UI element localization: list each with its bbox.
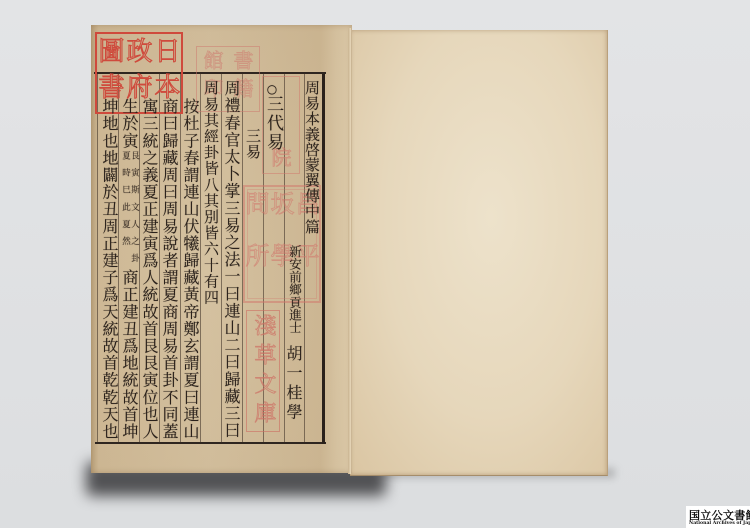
text-column: 周易其經卦皆八其別皆六十有四	[203, 80, 218, 305]
frame-right-border	[322, 74, 325, 444]
archive-logo: 国立公文書館 National Archives of Japan	[686, 506, 750, 528]
column-rule	[200, 73, 201, 443]
text-column: 坤地也地闢於丑周正建子爲天統故首乾乾天也	[101, 98, 117, 440]
text-column: 周禮春官太卜掌三易之法一曰連山二曰歸藏三曰	[223, 80, 239, 439]
section-heading: 三代易	[264, 95, 281, 152]
text-column: 按杜子春謂連山伏犧歸藏黃帝鄭玄謂夏曰連山	[182, 98, 198, 440]
annotation-note-right: 艮寅斯文人之卦	[130, 151, 139, 271]
seal-text: 淺草文庫	[251, 314, 275, 432]
author-origin: 新安前鄉貢進士	[288, 245, 301, 334]
archive-name-en: National Archives of Japan	[689, 521, 750, 526]
text-column-head: 生於寅	[121, 98, 137, 149]
text-column: 寓三統之義夏正建寅爲人統故首艮艮寅位也人	[141, 98, 157, 440]
text-column-tail: 商正建丑爲地統故首坤	[121, 269, 137, 440]
subheading: 三易	[245, 128, 260, 160]
book-gutter	[348, 28, 351, 474]
author-name: 胡一桂學	[285, 345, 301, 423]
seal-asakusa-bunko: 淺草文庫	[246, 310, 280, 432]
text-column: 商曰歸藏周曰周易說者謂夏商周易首卦不同蓋	[161, 98, 177, 440]
annotation-note-left: 夏時巳此夏然	[121, 151, 130, 254]
section-marker: ○	[266, 82, 278, 96]
column-rule	[97, 73, 98, 443]
book-title-column: 周易本義啓蒙翼傳中篇	[304, 80, 319, 234]
right-page-blank	[350, 30, 608, 476]
frame-bottom-rule	[95, 442, 326, 444]
